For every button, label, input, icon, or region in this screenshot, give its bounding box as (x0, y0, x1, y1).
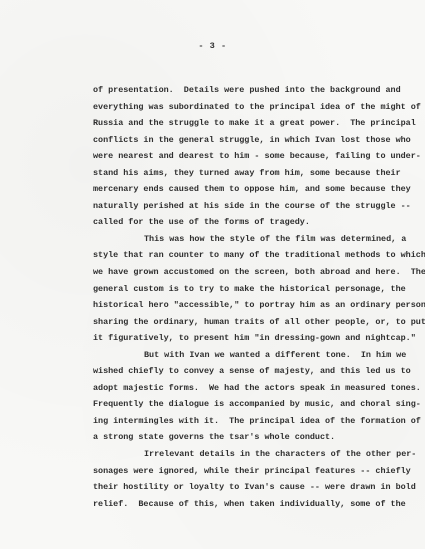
paragraph-start-line: But with Ivan we wanted a different tone… (93, 347, 393, 364)
text-line: wished chiefly to convey a sense of maje… (93, 363, 393, 380)
text-line: ing intermingles with it. The principal … (93, 413, 393, 430)
text-line: it figuratively, to present him "in dres… (93, 330, 393, 347)
text-line: conflicts in the general struggle, in wh… (93, 132, 393, 149)
text-line: naturally perished at his side in the co… (93, 198, 393, 215)
paragraph-start-line: Irrelevant details in the characters of … (93, 446, 393, 463)
text-line: were nearest and dearest to him - some b… (93, 148, 393, 165)
text-line: style that ran counter to many of the tr… (93, 247, 393, 264)
text-line: Russia and the struggle to make it a gre… (93, 115, 393, 132)
text-line: general custom is to try to make the his… (93, 281, 393, 298)
text-line: relief. Because of this, when taken indi… (93, 496, 393, 513)
text-line: mercenary ends caused them to oppose him… (93, 181, 393, 198)
text-line: everything was subordinated to the princ… (93, 99, 393, 116)
paragraph-start-line: This was how the style of the film was d… (93, 231, 393, 248)
page-number: - 3 - (0, 41, 425, 51)
text-line: sonages were ignored, while their princi… (93, 463, 393, 480)
body-text: of presentation. Details were pushed int… (93, 82, 393, 512)
text-line: sharing the ordinary, human traits of al… (93, 314, 393, 331)
text-line: stand his aims, they turned away from hi… (93, 165, 393, 182)
text-line: adopt majestic forms. We had the actors … (93, 380, 393, 397)
text-line: of presentation. Details were pushed int… (93, 82, 393, 99)
text-line: historical hero "accessible," to portray… (93, 297, 393, 314)
text-line: a strong state governs the tsar's whole … (93, 429, 393, 446)
document-page: - 3 - of presentation. Details were push… (0, 0, 425, 549)
text-line: we have grown accustomed on the screen, … (93, 264, 393, 281)
text-line: Frequently the dialogue is accompanied b… (93, 396, 393, 413)
text-line: their hostility or loyalty to Ivan's cau… (93, 479, 393, 496)
text-line: called for the use of the forms of trage… (93, 214, 393, 231)
